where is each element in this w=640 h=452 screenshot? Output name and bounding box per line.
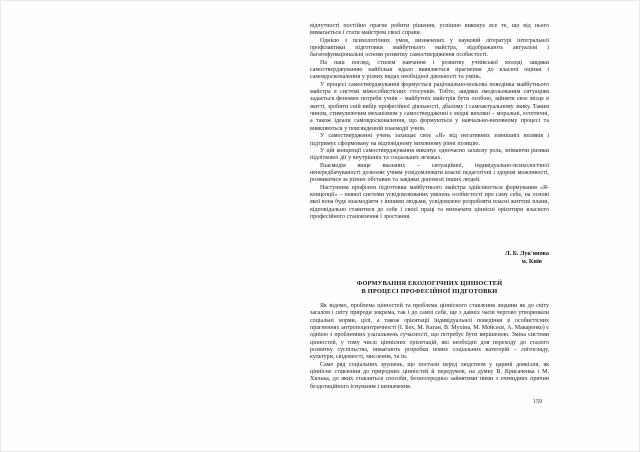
scanned-document-page: відчутності постійно прагне робити рішен… <box>0 0 640 452</box>
paragraph: У процесі самостверджування формується р… <box>310 82 549 133</box>
page-number: 159 <box>533 399 542 405</box>
paragraph: відчутності постійно прагне робити рішен… <box>310 23 549 38</box>
paragraph: Як відомо, проблема цінностей та проблем… <box>310 303 549 362</box>
top-text-block: відчутності постійно прагне робити рішен… <box>310 23 549 221</box>
paragraph: У самоствердженні учень захищає своє «Я»… <box>310 133 549 148</box>
paragraph: Однією з психологічних умов, визначених … <box>310 38 549 60</box>
paragraph: На наш погляд, стилем навчання і розвитк… <box>310 60 549 82</box>
paragraph: У цій концепції самостверджування викону… <box>310 148 549 163</box>
paragraph: Взаємодія вище вказаних – ситуаційної, і… <box>310 163 549 185</box>
paragraph: Наступним профілем підготовки майбутньог… <box>310 185 549 222</box>
bottom-text-block: Як відомо, проблема цінностей та проблем… <box>310 303 549 391</box>
paragraph: Саме ряд соціальних зрушень, що постали … <box>310 362 549 391</box>
article-title-line2: В ПРОЦЕСІ ПРОФЕСІЙНОЇ ПІДГОТОВКИ <box>310 288 549 296</box>
author-name: Л. Б. Лук'янова <box>505 250 549 257</box>
author-city: м. Київ <box>310 258 549 266</box>
article-title: ФОРМУВАННЯ ЕКОЛОГІЧНИХ ЦІННОСТЕЙ В ПРОЦЕ… <box>310 280 549 297</box>
byline: Л. Б. Лук'янова м. Київ <box>310 250 549 266</box>
